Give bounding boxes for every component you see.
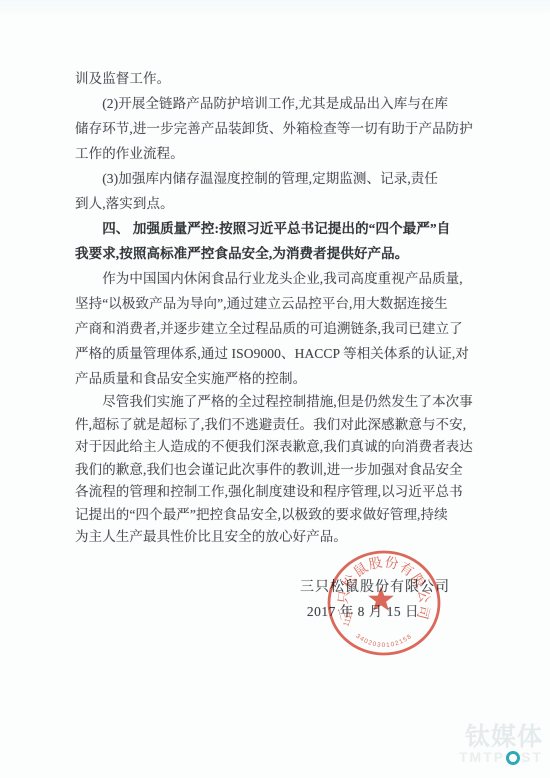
body-line: 储存环节,进一步完善产品装卸货、外箱检查等一切有助于产品防护 — [75, 116, 485, 141]
body-line: 件,超标了就是超标了,我们不逃避责任。我们对此深感歉意与不安, — [75, 414, 485, 437]
seal-code: 3402030102158 — [354, 633, 413, 649]
body-line: 各流程的管理和控制工作,强化制度建设和程序管理,以习近平总书 — [75, 481, 485, 504]
body-line: 四、 加强质量严控:按照习近平总书记提出的“四个最严”自 — [75, 216, 485, 241]
body-line: 作为中国国内休闲食品行业龙头企业,我司高度重视产品质量, — [75, 266, 485, 291]
paragraph: 四、 加强质量严控:按照习近平总书记提出的“四个最严”自我要求,按照高标准严控食… — [75, 216, 485, 266]
body-line: 到人,落实到点。 — [75, 191, 485, 216]
watermark-o-icon — [506, 751, 520, 765]
body-line: 产商和消费者,并逐步建立全过程品质的可追溯链条,我司已建立了 — [75, 316, 485, 341]
body-line: 我们的歉意,我们也会谨记此次事件的教训,进一步加强对食品安全 — [75, 459, 485, 482]
paragraph: 训及监督工作。 — [75, 66, 485, 91]
document-body: 训及监督工作。 (2)开展全链路产品防护培训工作,尤其是成品出入库与在库储存环节… — [75, 66, 485, 549]
paragraph: 作为中国国内休闲食品行业龙头企业,我司高度重视产品质量,坚持“以极致产品为导向”… — [75, 266, 485, 391]
body-line: 产品质量和食品安全实施严格的控制。 — [75, 366, 485, 391]
body-line: (3)加强库内储存温湿度控制的管理,定期监测、记录,责任 — [75, 166, 485, 191]
paragraph: (3)加强库内储存温湿度控制的管理,定期监测、记录,责任到人,落实到点。 — [75, 166, 485, 216]
body-line: 尽管我们实施了严格的全过程控制措施,但是仍然发生了本次事 — [75, 391, 485, 414]
scanned-document-page: 训及监督工作。 (2)开展全链路产品防护培训工作,尤其是成品出入库与在库储存环节… — [0, 0, 550, 778]
watermark: 钛媒体 TMTPST — [459, 725, 543, 765]
watermark-en-text: TMTPST — [459, 750, 543, 765]
body-line: 严格的质量管理体系,通过 ISO9000、HACCP 等相关体系的认证,对 — [75, 341, 485, 366]
company-seal-stamp: 三只松鼠股份有限公司 3402030102158 1111 — [310, 529, 458, 677]
paragraph: 尽管我们实施了严格的全过程控制措施,但是仍然发生了本次事件,超标了就是超标了,我… — [75, 391, 485, 549]
body-line: 记提出的“四个最严”把控食品安全,以极致的要求做好管理,持续 — [75, 504, 485, 527]
body-line: 对于因此给主人造成的不便我们深表歉意,我们真诚的向消费者表达 — [75, 436, 485, 459]
watermark-en-prefix: TMTP — [459, 750, 505, 765]
body-line: (2)开展全链路产品防护培训工作,尤其是成品出入库与在库 — [75, 91, 485, 116]
body-line: 工作的作业流程。 — [75, 141, 485, 166]
body-line: 我要求,按照高标准严控食品安全,为消费者提供好产品。 — [75, 241, 485, 266]
watermark-en-suffix: ST — [521, 750, 543, 765]
body-line: 训及监督工作。 — [75, 66, 485, 91]
paragraph: (2)开展全链路产品防护培训工作,尤其是成品出入库与在库储存环节,进一步完善产品… — [75, 91, 485, 166]
seal-star-icon — [368, 587, 394, 611]
body-line: 坚持“以极致产品为导向”,通过建立云品控平台,用大数据连接生 — [75, 291, 485, 316]
watermark-cn-text: 钛媒体 — [459, 725, 543, 749]
